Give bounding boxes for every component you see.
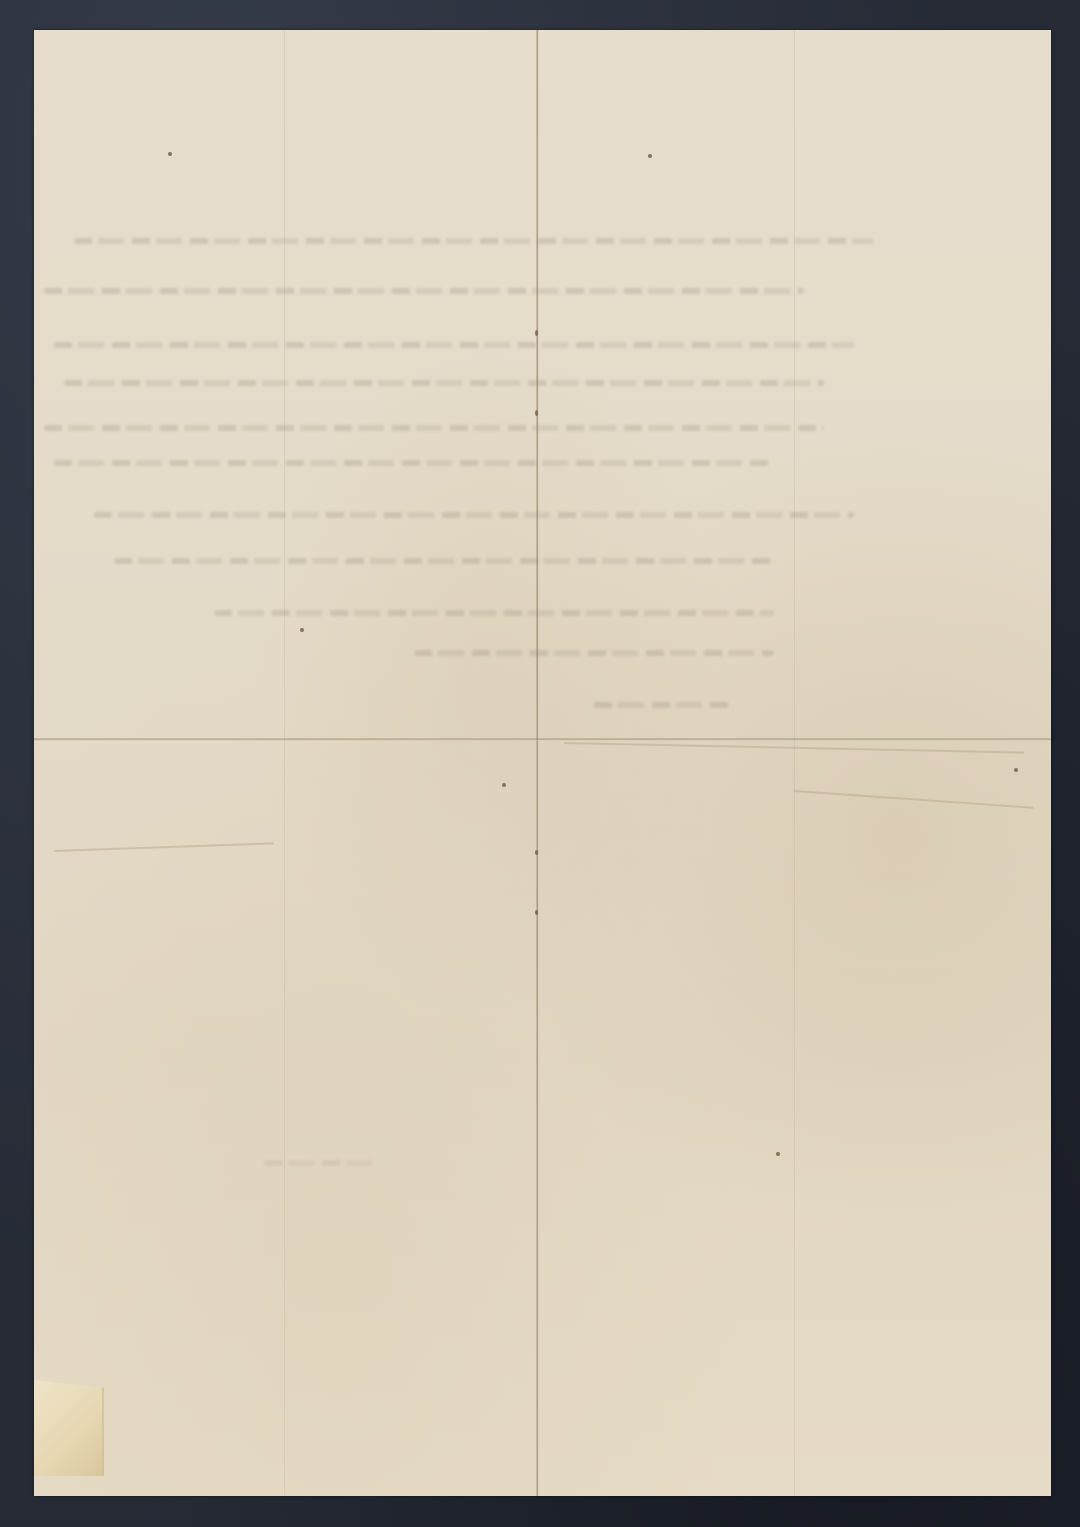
bleed-through-text-line [594,702,734,708]
quarter-fold-line [284,30,285,1496]
bleed-through-text-line [114,558,774,564]
bleed-through-text-line [44,425,824,431]
bleed-through-text-line [54,342,854,348]
bleed-through-text-line [414,650,774,656]
foxing-spot [300,628,304,632]
foxing-spot [1014,768,1018,772]
foxing-spot [502,783,506,787]
foxing-spot [776,1152,780,1156]
bleed-through-text-line [64,380,824,386]
bleed-through-text-line [94,512,854,518]
foxing-spot [535,410,538,416]
bleed-through-text-line [74,238,874,244]
bleed-through-mark [264,1160,374,1166]
crease [54,842,274,852]
folded-corner [34,1380,104,1476]
bleed-through-text-line [54,460,774,466]
quarter-fold-line [794,30,795,1496]
foxing-spot [168,152,172,156]
foxing-spot [535,850,538,855]
paper-sheet: Aged cream paper with ink bleed-through … [34,30,1051,1496]
foxing-spot [535,330,538,336]
horizontal-fold-line [34,738,1051,741]
foxing-spot [648,154,652,158]
crease [794,790,1034,809]
foxing-spot [535,910,538,915]
bleed-through-text-line [214,610,774,616]
bleed-through-text-line [44,288,804,294]
vertical-fold-line [536,30,539,1496]
